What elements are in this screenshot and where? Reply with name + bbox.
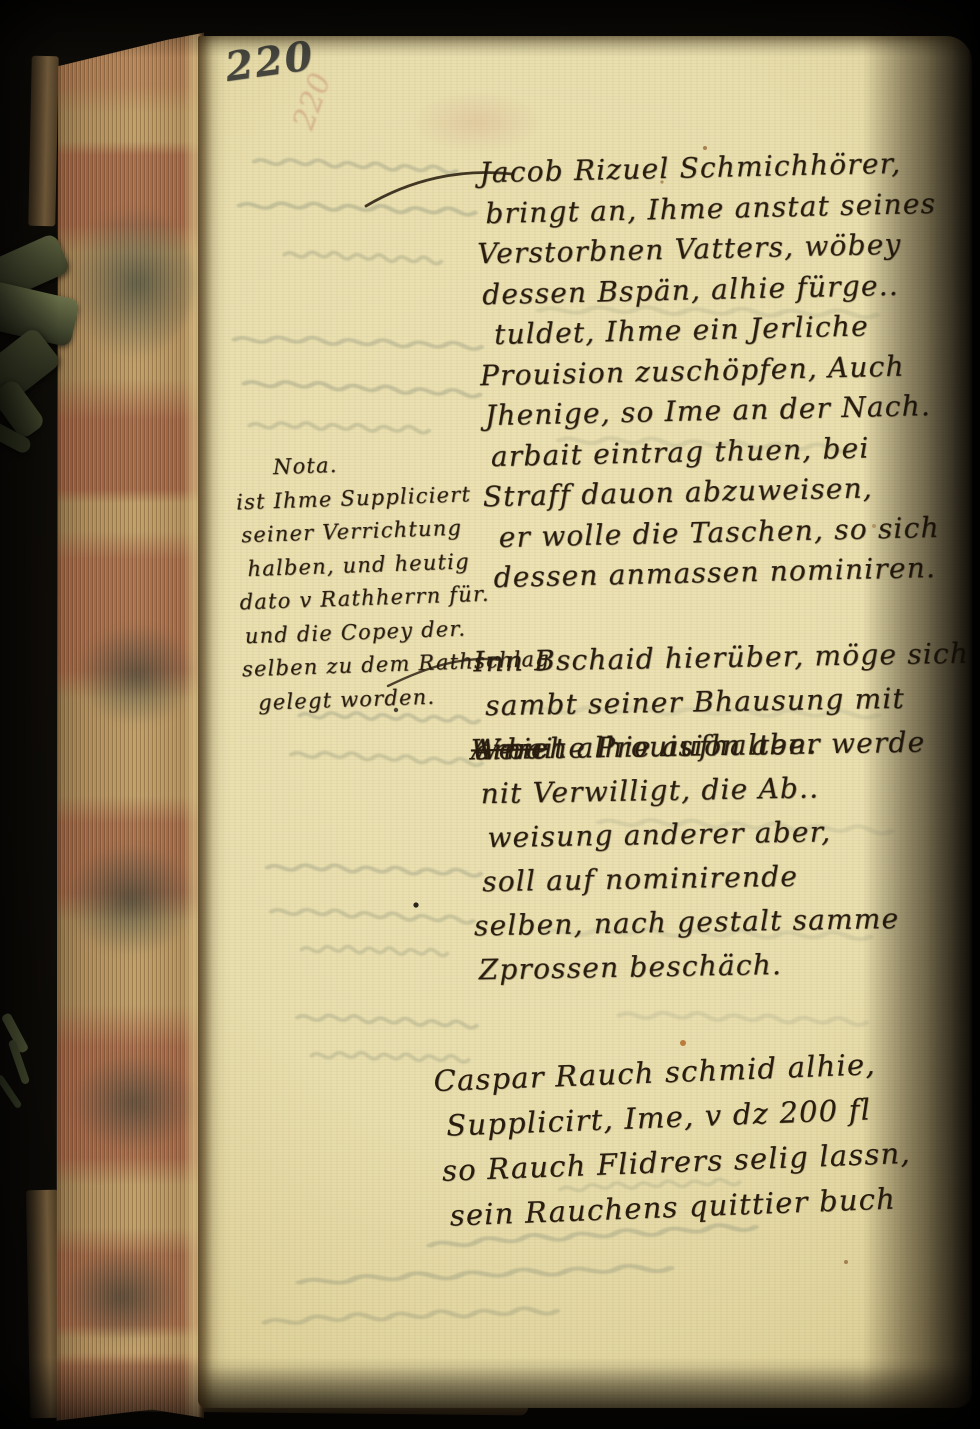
cover-board-edge-bottom <box>26 1190 62 1419</box>
fore-edge-dark-blotch <box>66 845 196 955</box>
fore-edge-dark-blotch <box>62 1252 182 1342</box>
manuscript-photo: 220 220 Jacob Rizuel Schmichhörer, bring… <box>0 0 980 1429</box>
entry-paragraph-3: Caspar Rauch schmid alhie, Supplicirt, I… <box>433 1041 914 1239</box>
fore-edge-dark-blotch <box>78 625 196 725</box>
leather-tie-frayed-end <box>0 1074 23 1109</box>
entry-paragraph-1: Jacob Rizuel Schmichhörer, bringt an, Ih… <box>479 143 945 599</box>
entry-paragraph-2: Inn Bschaid hierüber, möge sich sambt se… <box>473 632 975 993</box>
fore-edge-dark-blotch <box>68 208 194 358</box>
ink-line: Zprossen beschäch. <box>478 940 974 993</box>
cover-board-edge-top <box>28 56 59 227</box>
red-ink-smudge <box>412 92 542 152</box>
fore-edge-dark-blotch <box>72 1055 196 1151</box>
